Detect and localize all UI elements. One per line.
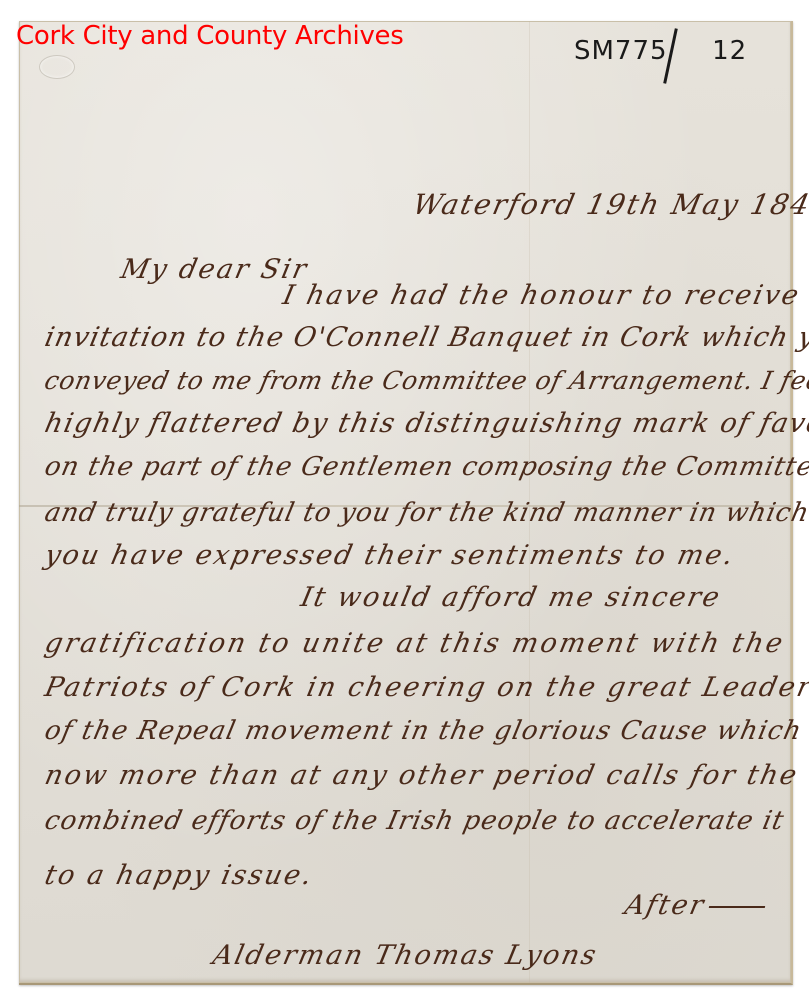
reference-number: SM775 12	[574, 36, 747, 66]
letter-line-10: Patriots of Cork in cheering on the grea…	[42, 672, 809, 703]
letter-line-6: and truly grateful to you for the kind m…	[42, 498, 809, 528]
letter-line-1: I have had the honour to receive the	[280, 280, 809, 311]
letter-line-9: gratification to unite at this moment wi…	[42, 628, 788, 659]
letter-line-12: now more than at any other period calls …	[42, 760, 802, 791]
letter-line-7: you have expressed their sentiments to m…	[42, 540, 738, 571]
letter-line-4: highly flattered by this distinguishing …	[42, 408, 809, 439]
letter-line-11: of the Repeal movement in the glorious C…	[42, 716, 805, 746]
letter-line-14: to a happy issue.	[42, 860, 317, 891]
letter-line-5: on the part of the Gentlemen composing t…	[42, 452, 809, 482]
letter-line-3: conveyed to me from the Committee of Arr…	[42, 366, 809, 395]
place-and-date: Waterford 19th May 1843	[410, 188, 809, 221]
addressee: Alderman Thomas Lyons	[210, 940, 601, 971]
catchword: After	[622, 890, 768, 921]
salutation: My dear Sir	[118, 254, 311, 285]
catchword-flourish	[709, 906, 765, 908]
embossed-seal-icon	[39, 55, 75, 79]
reference-collection: SM775	[574, 36, 668, 66]
letter-line-2: invitation to the O'Connell Banquet in C…	[42, 322, 809, 353]
archive-watermark: Cork City and County Archives	[16, 20, 403, 52]
letter-line-13: combined efforts of the Irish people to …	[42, 806, 787, 836]
letter-line-8: It would afford me sincere	[298, 582, 724, 613]
catchword-text: After	[622, 890, 708, 921]
reference-item: 12	[712, 36, 747, 66]
